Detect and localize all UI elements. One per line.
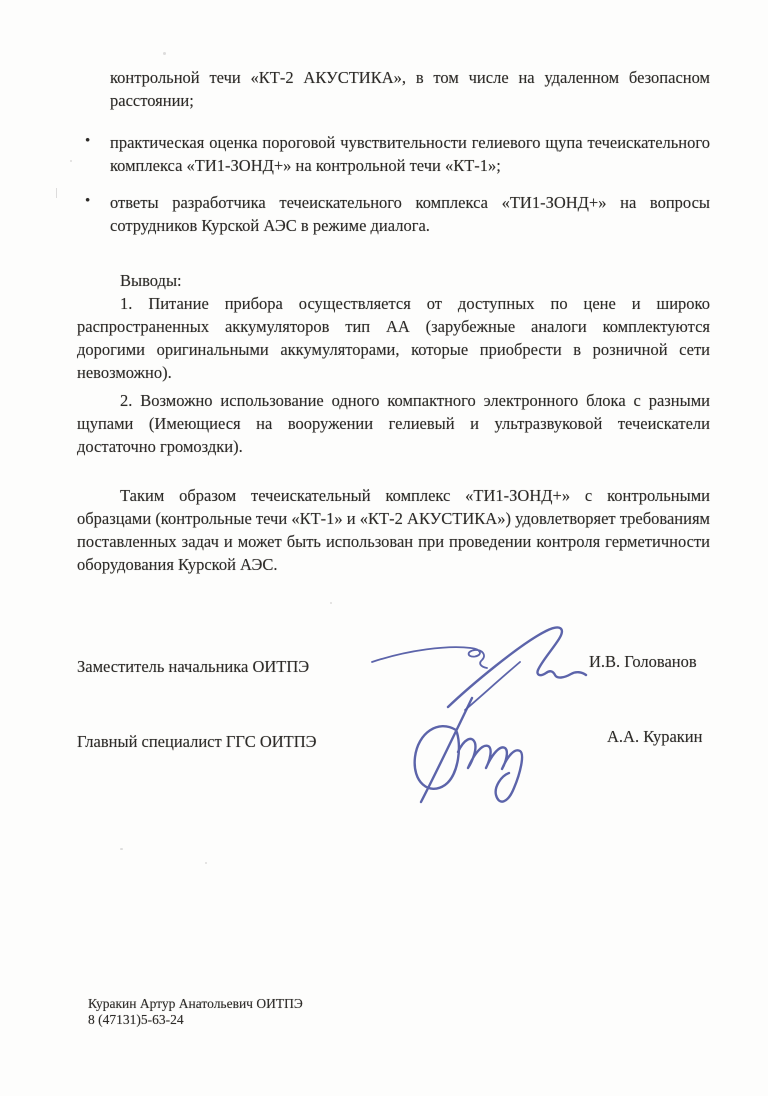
closing-paragraph: Таким образом течеискательный комплекс «…: [77, 484, 710, 576]
paragraph-continuation: контрольной течи «КТ-2 АКУСТИКА», в том …: [110, 66, 710, 112]
scan-speck: [56, 188, 57, 198]
signature-title-chief-specialist: Главный специалист ГГС ОИТПЭ: [77, 730, 317, 753]
conclusion-paragraph-2: 2. Возможно использование одного компакт…: [77, 389, 710, 458]
bullet-icon: •: [85, 190, 90, 213]
bullet-text: ответы разработчика течеискательного ком…: [110, 193, 710, 235]
signature-title-deputy-head: Заместитель начальника ОИТПЭ: [77, 655, 309, 678]
footer-contact-name: Куракин Артур Анатольевич ОИТПЭ: [88, 996, 303, 1012]
bullet-item: • ответы разработчика течеискательного к…: [77, 191, 710, 237]
signature-autograph-kurakin: [404, 692, 552, 812]
bullet-text: практическая оценка пороговой чувствител…: [110, 133, 710, 175]
scan-speck: [205, 862, 207, 864]
scan-speck: [163, 52, 166, 55]
footer-contact-phone: 8 (47131)5-63-24: [88, 1012, 303, 1028]
conclusions-heading: Выводы:: [77, 269, 710, 292]
scan-speck: [70, 160, 72, 162]
scan-speck: [330, 602, 332, 604]
document-body: контрольной течи «КТ-2 АКУСТИКА», в том …: [77, 66, 710, 576]
bullet-item: • практическая оценка пороговой чувствит…: [77, 131, 710, 177]
scan-speck: [120, 848, 123, 850]
scanned-document-page: контрольной течи «КТ-2 АКУСТИКА», в том …: [0, 0, 768, 1096]
footer-contact: Куракин Артур Анатольевич ОИТПЭ 8 (47131…: [88, 996, 303, 1028]
signature-name-kurakin: А.А. Куракин: [607, 725, 702, 748]
signature-name-golovanov: И.В. Голованов: [589, 650, 697, 673]
bullet-icon: •: [85, 130, 90, 153]
conclusion-paragraph-1: 1. Питание прибора осуществляется от дос…: [77, 292, 710, 384]
